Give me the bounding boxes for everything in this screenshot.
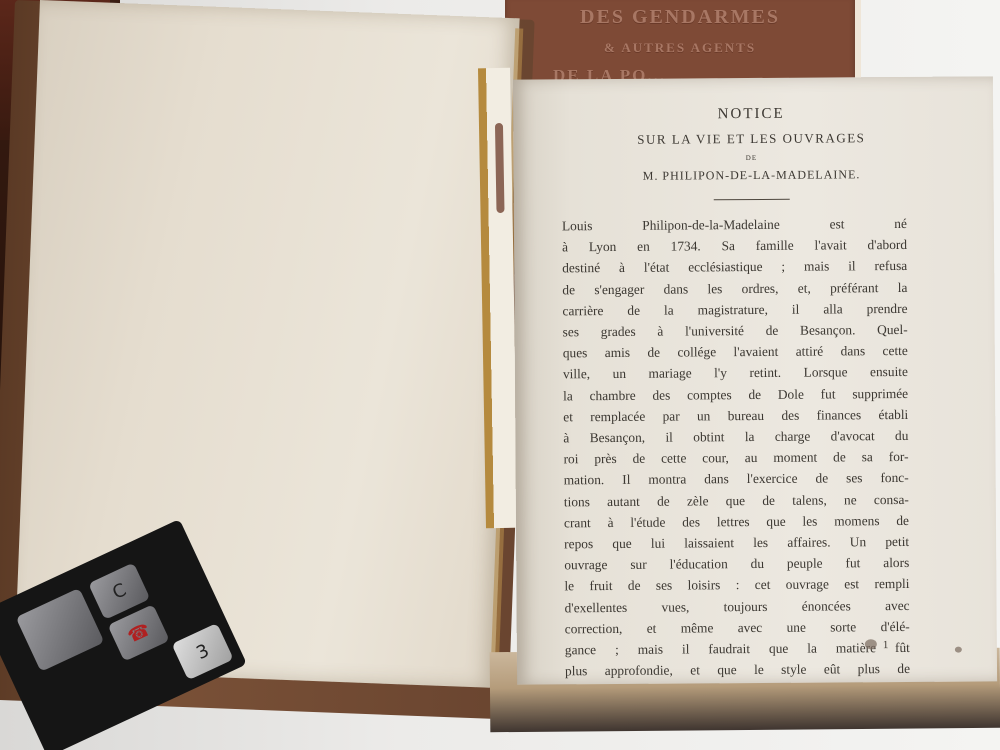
page-number: 1 [883,639,889,651]
phone-key-3: 3 [171,623,233,680]
text-line: la chambre des comptes de Dole fut suppr… [563,383,908,407]
background-book-line-1: DES GENDARMES [505,6,855,29]
text-line: gance ; mais il faudrait que la matière … [565,637,910,661]
text-line: ques amis de collége l'avaient attiré da… [563,340,908,364]
text-line: carrière de la magistrature, il alla pre… [562,298,907,322]
notice-connector: DE [561,153,941,164]
ink-stain [865,639,877,649]
text-line: plus approfondie, et que le style eût pl… [565,658,910,682]
ink-stain [955,647,962,653]
text-line: le fruit de ses loisirs : cet ouvrage es… [564,573,909,597]
text-line: d'exellentes vues, toujours énoncées ave… [565,595,910,619]
text-line: ses grades à l'université de Besançon. Q… [563,319,908,343]
text-line: à Besançon, il obtint la charge d'avocat… [563,425,908,449]
text-line: roi près de cette cour, au moment de sa … [563,446,908,470]
notice-subtitle: SUR LA VIE ET LES OUVRAGES [561,130,941,149]
text-line: repos que lui laissaient les affaires. U… [564,531,909,555]
text-line: ouvrage sur l'éducation du peuple fut al… [564,552,909,576]
phone-nav-key [16,588,105,672]
background-book-line-2: & AUTRES AGENTS [505,40,855,56]
text-line: ville, un mariage l'y retint. Lorsque en… [563,361,908,385]
right-text-page: NOTICE SUR LA VIE ET LES OUVRAGES DE M. … [513,76,997,684]
text-line: Louis Philipon-de-la-Madelaine est né [562,213,907,237]
text-line: destiné à l'état ecclésiastique ; mais i… [562,255,907,279]
text-line: crant à l'étude des lettres que les mome… [564,510,909,534]
body-text: Louis Philipon-de-la-Madelaine est né à … [562,213,945,682]
heading-rule [714,199,790,201]
text-line: à Lyon en 1734. Sa famille l'avait d'abo… [562,234,907,258]
text-line: mation. Il montra dans l'exercice de ses… [564,467,909,491]
notice-title: NOTICE [561,105,941,125]
photo-scene: DES GENDARMES & AUTRES AGENTS DE LA PO..… [0,0,1000,750]
text-line: tions autant de zèle que de talens, ne c… [564,489,909,513]
text-line: de s'engager dans les ordres, et, préfér… [562,277,907,301]
text-line: et remplacée par un bureau des finances … [563,404,908,428]
page-text-block: NOTICE SUR LA VIE ET LES OUVRAGES DE M. … [561,101,945,682]
text-line: correction, et même avec une sorte d'élé… [565,616,910,640]
notice-subject: M. PHILIPON-DE-LA-MADELAINE. [562,167,942,185]
